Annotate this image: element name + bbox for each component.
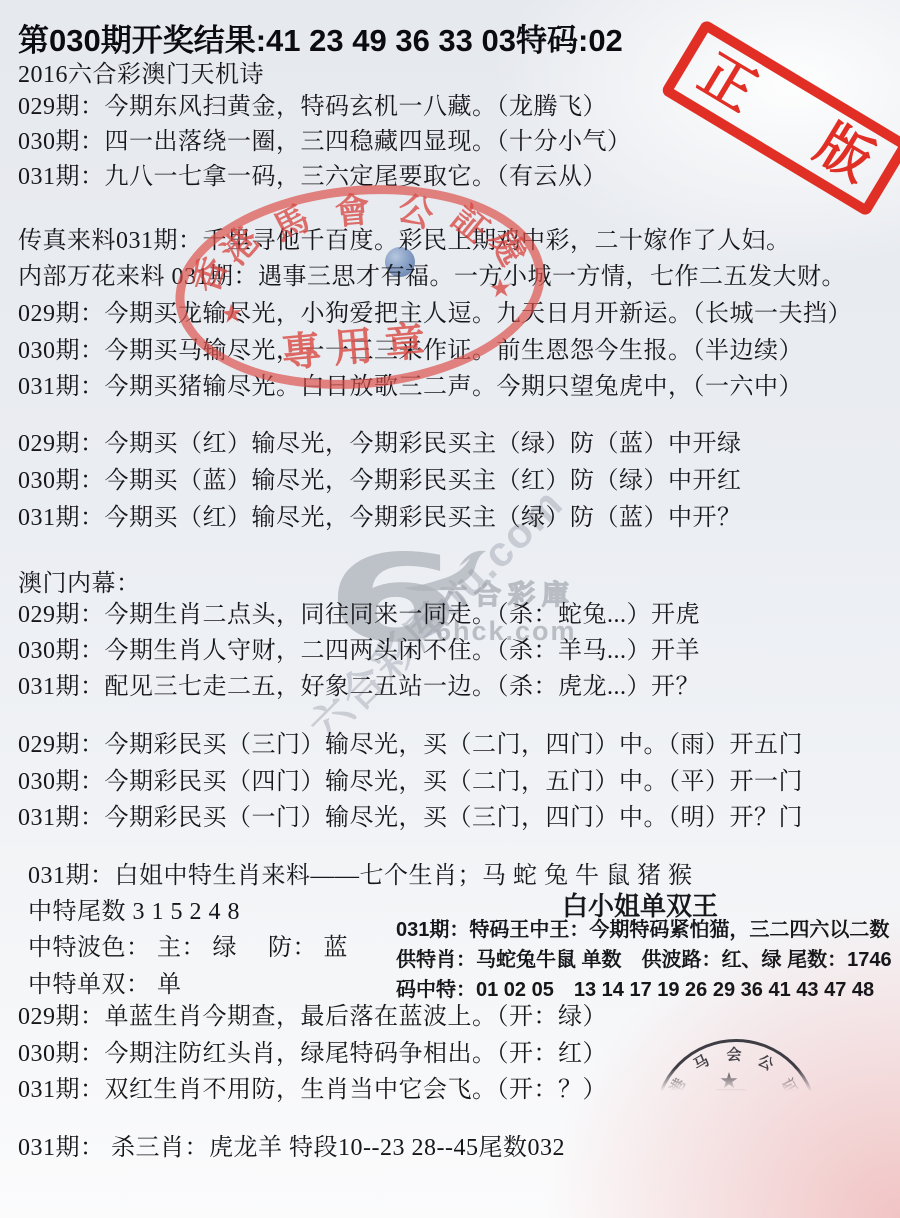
queen-box-line: 码中特：01 02 05 13 14 17 19 26 29 36 41 43 … [396,977,874,1003]
kill-three-zodiac-line: 031期： 杀三肖：虎龙羊 特段10--23 28--45尾数032 [18,1133,565,1164]
oval-arc-char: 馬 [268,200,315,247]
swan-watermark-icon [400,546,512,594]
color-line: 030期：今期买（蓝）输尽光，今期彩民买主（红）防（绿）中开红 [18,466,742,497]
notary-arc-char: 处 [788,1102,805,1119]
wave-color-line: 中特波色： 主： 绿 防： 蓝 [28,933,348,964]
black-notary-stamp: 香 港 马 会 公 证 处 ★ [652,1036,816,1094]
door-line: 030期：今期彩民买（四门）输尽光，买（二门，五门）中。（平）开一门 [18,767,803,798]
color-line: 029期：今期买（红）输尽光，今期彩民买主（绿）防（蓝）中开绿 [18,429,742,460]
draw-result-title: 第030期开奖结果:41 23 49 36 33 03特码:02 [18,22,623,60]
notary-arc-char: 香 [664,1102,681,1119]
door-line: 031期：今期彩民买（一门）输尽光，买（三门，四门）中。（明）开？门 [18,803,803,834]
odd-even-line: 中特单双： 单 [28,970,182,1001]
oval-arc-char: 公 [394,190,438,234]
color-line: 031期：今期买（红）输尽光，今期彩民买主（绿）防（蓝）中开？ [18,503,742,534]
oval-arc-char: 香 [188,253,232,298]
final-line: 031期：双红生肖不用防，生肖当中它会飞。（开：？） [18,1075,607,1106]
queen-box-line: 供特肖：马蛇兔牛鼠 单数 供波路：红、绿 尾数：1746 [396,947,892,973]
queen-box-line: 031期：特码王中王：今期特码紧怕猫，三二四六以二数 [396,917,889,943]
tianji-line: 031期：九八一七拿一码，三六定尾要取它。（有云从） [18,162,607,193]
genuine-stamp-char: 版 [804,111,884,195]
final-line: 029期：单蓝生肖今期查，最后落在蓝波上。（开：绿） [18,1002,607,1033]
final-line: 030期：今期注防红头肖，绿尾特码争相出。（开：红） [18,1039,607,1070]
genuine-stamp: 正 版 [660,19,900,217]
oval-arc-char: 處 [483,223,531,271]
star-icon: ★ [488,275,513,303]
baijie-zodiac-line: 031期：白姐中特生肖来料——七个生肖；马 蛇 兔 牛 鼠 猪 猴 [28,861,693,892]
oval-arc-char: 會 [333,192,371,230]
aomen-line: 030期：今期生肖人守财，二四两头闲不住。（杀：羊马...）开羊 [18,636,700,667]
notary-stamp-ring [654,1039,818,1203]
star-icon: ★ [219,300,244,328]
tianji-line: 029期：今期东风扫黄金，特码玄机一八藏。（龙腾飞） [18,92,607,123]
lottery-sheet-page: 6 六合彩庫 6hck.com 六合彩库uu.com 第030期开奖结果:41 … [0,0,900,1218]
notary-arc-char: 会 [726,1049,741,1064]
aomen-heading: 澳门内幕： [18,569,141,600]
aomen-line: 029期：今期生肖二点头，同往同来一同走。（杀：蛇兔...）开虎 [18,600,700,631]
poem-title: 2016六合彩澳门天机诗 [18,60,264,91]
oval-notary-stamp: 香 港 馬 會 公 証 處 ★ ★ 專用章 [167,170,553,403]
aomen-line: 031期：配见三七走二五，好象二五站一边。（杀：虎龙...）开？ [18,672,700,703]
door-line: 029期：今期彩民买（三门）输尽光，买（二门，四门）中。（雨）开五门 [18,730,803,761]
tail-numbers-line: 中特尾数 3 1 5 2 4 8 [28,897,240,928]
genuine-stamp-char: 正 [688,41,768,125]
tianji-line: 030期：四一出落绕一圈，三四稳藏四显现。（十分小气） [18,127,632,158]
